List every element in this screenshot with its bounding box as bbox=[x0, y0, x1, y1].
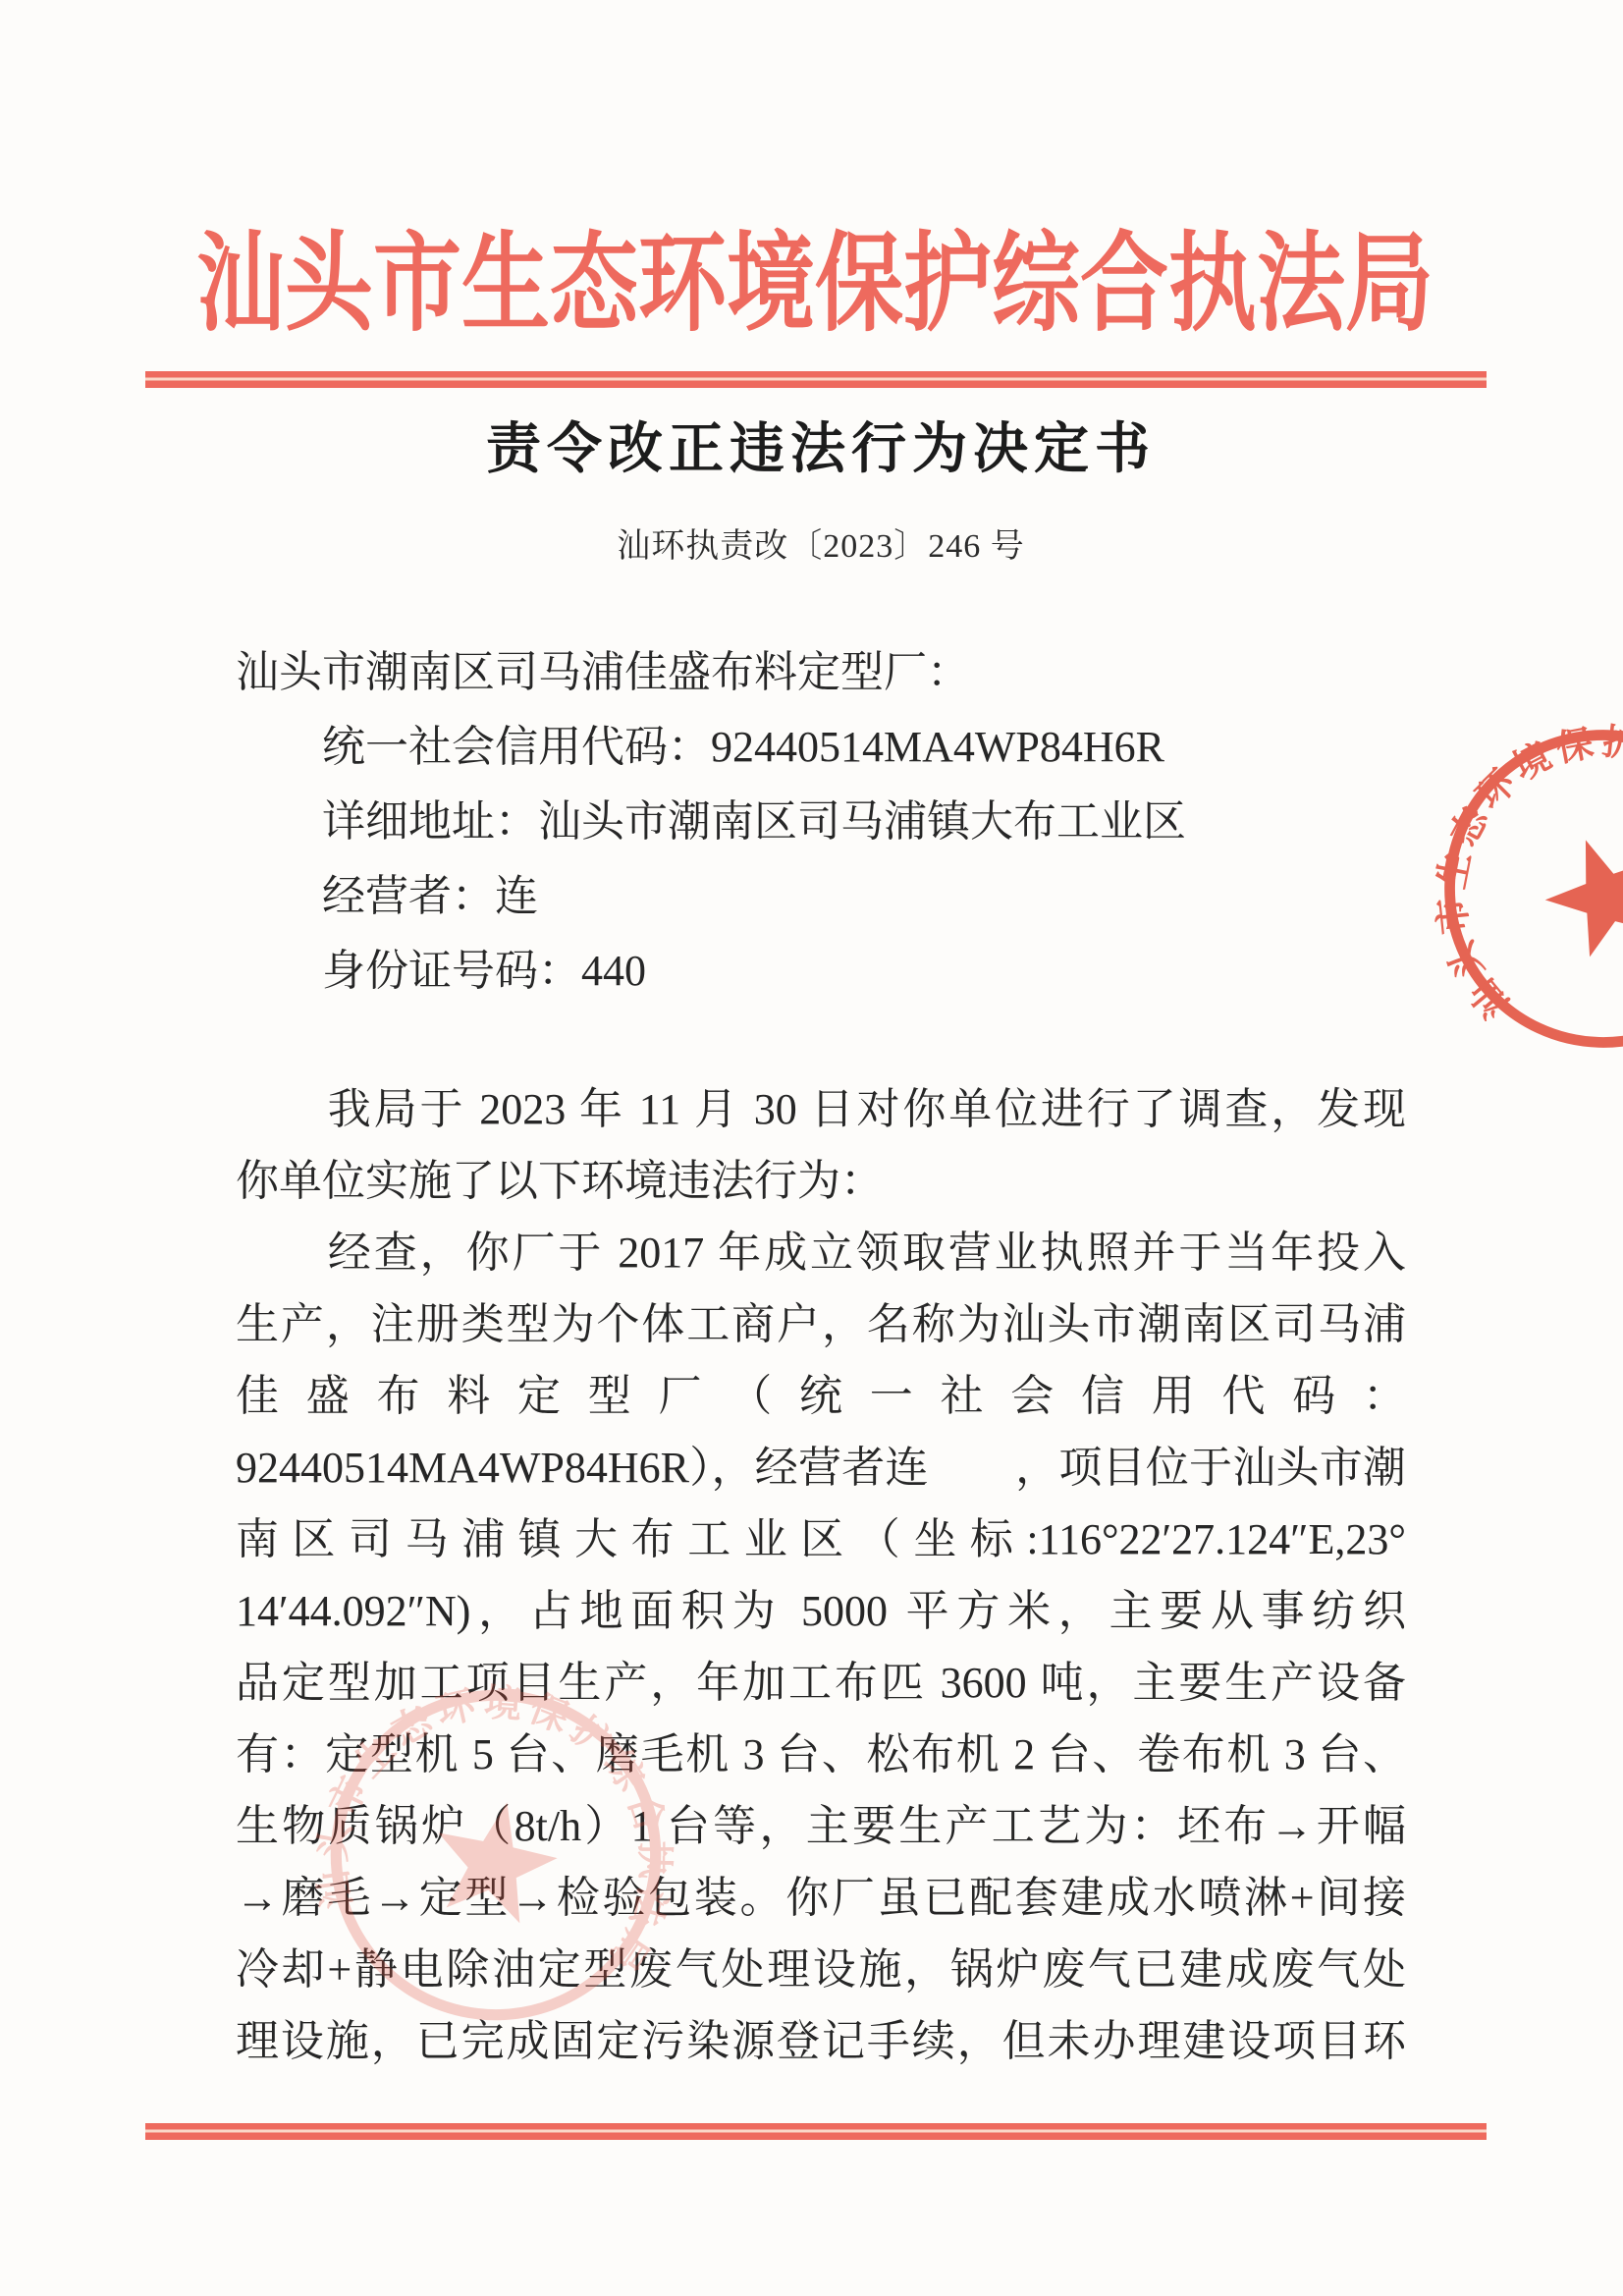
recipient-id-number-line: 身份证号码：440 bbox=[236, 934, 1406, 1009]
body-line: 你单位实施了以下环境违法行为： bbox=[236, 1145, 1406, 1217]
document-title: 责令改正违法行为决定书 bbox=[236, 418, 1406, 481]
body-line: 佳盛布料定型厂（统一社会信用代码： bbox=[236, 1360, 1406, 1432]
body-line: 理设施，已完成固定污染源登记手续，但未办理建设项目环 bbox=[236, 2005, 1406, 2077]
recipient-operator-line: 经营者：连 bbox=[236, 859, 1406, 934]
body-line: 生产，注册类型为个体工商户，名称为汕头市潮南区司马浦 bbox=[236, 1288, 1406, 1360]
body-paragraphs: 我局于 2023 年 11 月 30 日对你单位进行了调查，发现 你单位实施了以… bbox=[236, 1073, 1406, 2077]
body-line: 14′44.092″N)，占地面积为 5000 平方米，主要从事纺织 bbox=[236, 1575, 1406, 1647]
svg-text:汕头市生态环境保护综合执法局: 汕头市生态环境保护综合执法局 bbox=[1381, 672, 1623, 1035]
body-line: 经查，你厂于 2017 年成立领取营业执照并于当年投入 bbox=[236, 1217, 1406, 1288]
body-line: 我局于 2023 年 11 月 30 日对你单位进行了调查，发现 bbox=[236, 1073, 1406, 1145]
recipient-block: 汕头市潮南区司马浦佳盛布料定型厂： 统一社会信用代码：92440514MA4WP… bbox=[236, 635, 1406, 1009]
letterhead-rule bbox=[145, 371, 1487, 388]
document-page: 汕头市生态环境保护综合执法局 责令改正违法行为决定书 汕环执责改〔2023〕24… bbox=[0, 0, 1623, 2296]
footer-rule bbox=[145, 2123, 1487, 2140]
body-line: 南区司马浦镇大布工业区（坐标:116°22′27.124″E,23° bbox=[236, 1503, 1406, 1575]
agency-stamp: 汕头市生态环境保护综合执法局 bbox=[1381, 667, 1623, 1110]
recipient-name-line: 汕头市潮南区司马浦佳盛布料定型厂： bbox=[236, 635, 1406, 710]
recipient-credit-code-line: 统一社会信用代码：92440514MA4WP84H6R bbox=[236, 710, 1406, 785]
body-line: 92440514MA4WP84H6R），经营者连 ，项目位于汕头市潮 bbox=[236, 1432, 1406, 1503]
body-line: 有：定型机 5 台、磨毛机 3 台、松布机 2 台、卷布机 3 台、 bbox=[236, 1719, 1406, 1790]
stamp-arc-text: 汕头市生态环境保护综合执法局 bbox=[1381, 672, 1623, 1035]
recipient-address-line: 详细地址：汕头市潮南区司马浦镇大布工业区 bbox=[236, 785, 1406, 859]
body-line: 生物质锅炉（8t/h）1 台等，主要生产工艺为：坯布→开幅 bbox=[236, 1790, 1406, 1862]
letterhead-agency-title: 汕头市生态环境保护综合执法局 bbox=[147, 232, 1483, 340]
document-number: 汕环执责改〔2023〕246 号 bbox=[236, 519, 1406, 567]
body-line: →磨毛→定型→检验包装。你厂虽已配套建成水喷淋+间接 bbox=[236, 1862, 1406, 1934]
body-line: 冷却+静电除油定型废气处理设施，锅炉废气已建成废气处 bbox=[236, 1934, 1406, 2005]
body-line: 品定型加工项目生产，年加工布匹 3600 吨，主要生产设备 bbox=[236, 1647, 1406, 1719]
stamp-ring bbox=[1406, 691, 1623, 1085]
star-icon bbox=[1531, 820, 1623, 964]
